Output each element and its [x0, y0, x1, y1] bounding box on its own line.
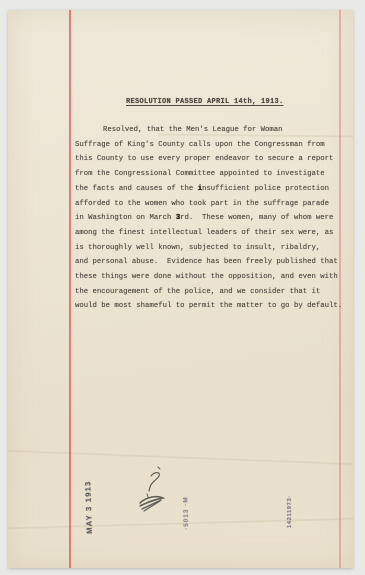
body-text-segment: would be most shameful to permit the mat…	[75, 302, 342, 310]
catalog-mark-stamp: ·5013 ·M	[182, 470, 196, 530]
body-text-segment: this County to use every proper endeavor…	[75, 155, 333, 163]
document-page: RESOLUTION PASSED APRIL 14th, 1913. Reso…	[8, 10, 353, 568]
body-line: Resolved, that the Men's League for Woma…	[75, 123, 343, 138]
left-margin-rule	[69, 10, 71, 568]
body-text-segment: in Washington on March	[75, 214, 176, 222]
paper-crease	[8, 517, 353, 530]
accession-number-stamp: 14211973·	[287, 474, 299, 528]
body-line: afforded to the women who took part in t…	[75, 197, 343, 212]
body-line: would be most shameful to permit the mat…	[75, 299, 343, 314]
paper-crease	[8, 449, 353, 465]
body-text-segment: Resolved, that the Men's League for Woma…	[103, 126, 283, 134]
body-text-segment: is thoroughly well known, subjected to i…	[75, 244, 320, 252]
body-line: these things were done without the oppos…	[75, 270, 343, 285]
resolution-title: RESOLUTION PASSED APRIL 14th, 1913.	[126, 98, 284, 106]
body-line: the facts and causes of the insufficient…	[75, 182, 343, 197]
resolution-body: Resolved, that the Men's League for Woma…	[75, 123, 343, 314]
scan-background: RESOLUTION PASSED APRIL 14th, 1913. Reso…	[0, 0, 365, 575]
body-text-segment: and personal abuse. Evidence has been fr…	[75, 258, 338, 266]
body-line: Suffrage of King's County calls upon the…	[75, 138, 343, 153]
body-text-segment: among the finest intellectual leaders of…	[75, 229, 333, 237]
body-text-segment: the facts and causes of the	[75, 185, 198, 193]
body-text-segment: afforded to the women who took part in t…	[75, 200, 329, 208]
body-text-segment: from the Congressional Committee appoint…	[75, 170, 325, 178]
body-line: this County to use every proper endeavor…	[75, 152, 343, 167]
body-line: in Washington on March 3rd. These women,…	[75, 211, 343, 226]
body-text-segment: rd. These women, many of whom were	[180, 214, 333, 222]
body-text-segment: nsufficient police protection	[202, 185, 329, 193]
body-text-segment: Suffrage of King's County calls upon the…	[75, 141, 325, 149]
pencil-scribble-mark	[132, 463, 174, 523]
received-date-stamp: MAY 3 1913	[83, 468, 100, 534]
body-text-segment: the encouragement of the police, and we …	[75, 288, 320, 296]
body-line: is thoroughly well known, subjected to i…	[75, 241, 343, 256]
body-line: the encouragement of the police, and we …	[75, 285, 343, 300]
body-line: and personal abuse. Evidence has been fr…	[75, 255, 343, 270]
body-line: among the finest intellectual leaders of…	[75, 226, 343, 241]
body-line: from the Congressional Committee appoint…	[75, 167, 343, 182]
body-text-segment: these things were done without the oppos…	[75, 273, 338, 281]
